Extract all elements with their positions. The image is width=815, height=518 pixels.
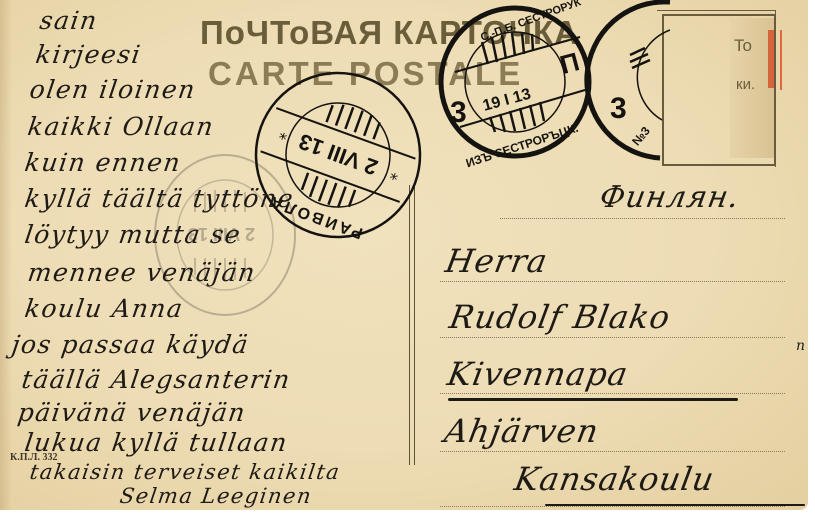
address-country: Финлян. bbox=[597, 180, 742, 215]
message-line: jos passaa käydä bbox=[10, 330, 251, 359]
address-line-2 bbox=[440, 281, 785, 282]
address-school: Kansakoulu bbox=[512, 460, 718, 498]
address-line-6 bbox=[440, 506, 785, 507]
address-line-4 bbox=[440, 393, 785, 394]
message-line: takaisin terveiset kaikilta bbox=[28, 460, 342, 484]
sestroretsk-number: 3 bbox=[450, 96, 467, 129]
address-place: Kivennapa bbox=[445, 355, 632, 393]
svg-text:№3: №3 bbox=[629, 124, 653, 149]
partial-right-postmark: 3 №3 bbox=[590, 0, 670, 165]
address-line-1 bbox=[500, 218, 785, 219]
stamp-red-edge bbox=[768, 30, 774, 88]
school-underline bbox=[545, 504, 805, 506]
partial-postmark-number: 3 bbox=[610, 92, 627, 125]
place-underline bbox=[448, 398, 738, 401]
address-recipient-name: Rudolf Blako bbox=[447, 298, 674, 336]
svg-text:*: * bbox=[277, 123, 291, 144]
message-line: päivänä venäjän bbox=[16, 398, 248, 427]
postcard: ПоЧТоВАЯ КАРТОЧКА CARTE POSTALE К.П.Л. 3… bbox=[0, 0, 808, 510]
address-salutation: Herra bbox=[443, 242, 551, 280]
message-line: kirjeesi bbox=[34, 40, 143, 69]
message-line: olen iloinen bbox=[28, 75, 198, 104]
raivola-postmark: 2 VIII 13 РАИВОЛА * * bbox=[250, 70, 430, 240]
message-signature: Selma Leeginen bbox=[118, 484, 313, 508]
message-line: löytyy mutta se bbox=[23, 220, 243, 249]
stamp-red-line bbox=[780, 30, 782, 90]
message-line: kaikki Ollaan bbox=[26, 112, 216, 141]
message-line: mennee venäjän bbox=[26, 258, 258, 287]
stamp-text-top: To bbox=[734, 36, 752, 56]
stamp-text-bottom: ки. bbox=[736, 76, 755, 93]
svg-text:*: * bbox=[388, 164, 402, 185]
message-line: sain bbox=[38, 6, 100, 35]
message-line: lukua kyllä tullaan bbox=[23, 428, 290, 457]
message-line: täällä Alegsanterin bbox=[20, 365, 293, 394]
sestroretsk-date: 19 I 13 bbox=[481, 86, 533, 115]
message-line: kyllä täältä tyttöne bbox=[23, 184, 296, 213]
raivola-date: 2 VIII 13 bbox=[295, 129, 381, 181]
message-line: kuin ennen bbox=[23, 148, 183, 177]
address-line-5 bbox=[440, 451, 785, 452]
address-line-3 bbox=[440, 337, 785, 338]
address-name-suffix: n bbox=[796, 338, 805, 354]
sestroretsk-postmark: 19 I 13 3 П С.-П.Б. СЕСТРОРУК ИЗЪ СЕСТРО… bbox=[420, 2, 610, 162]
message-line: koulu Anna bbox=[23, 294, 186, 323]
sestroretsk-letter: П bbox=[557, 46, 583, 80]
address-village: Ahjärven bbox=[442, 412, 602, 450]
sestroretsk-ring-top: С.-П.Б. СЕСТРОРУК bbox=[479, 0, 583, 44]
